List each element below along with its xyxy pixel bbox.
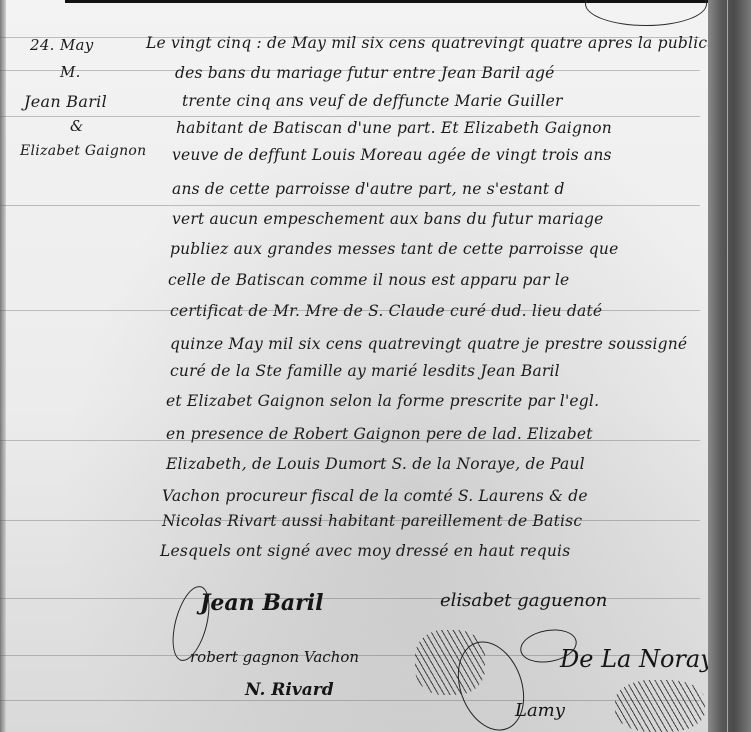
ruled-line <box>0 116 700 117</box>
ink-flourish <box>585 0 707 26</box>
body-line-16: Vachon procureur fiscal de la comté S. L… <box>162 487 588 505</box>
signature-de-la-noraye: De La Noraye <box>560 645 728 673</box>
ruled-line <box>0 205 700 206</box>
margin-marker: M. <box>60 63 81 81</box>
margin-bride: Elizabet Gaignon <box>20 143 146 159</box>
page-edge <box>0 0 6 732</box>
body-line-6: ans de cette parroisse d'autre part, ne … <box>172 180 565 198</box>
body-line-1: Le vingt cinq : de May mil six cens quat… <box>146 34 717 52</box>
body-line-14: en presence de Robert Gaignon pere de la… <box>166 425 593 443</box>
body-line-12: curé de la Ste famille ay marié lesdits … <box>170 362 560 380</box>
signature-n-rivard: N. Rivard <box>245 680 334 700</box>
body-line-2: des bans du mariage futur entre Jean Bar… <box>175 64 555 82</box>
body-line-7: vert aucun empeschement aux bans du futu… <box>172 210 604 228</box>
body-line-18: Lesquels ont signé avec moy dressé en ha… <box>160 542 570 560</box>
body-line-4: habitant de Batiscan d'une part. Et Eliz… <box>176 119 612 137</box>
ruled-line <box>0 700 700 701</box>
body-line-9: celle de Batiscan comme il nous est appa… <box>168 271 569 289</box>
signature-robert-gagnon-vachon: robert gagnon Vachon <box>190 648 359 666</box>
body-line-10: certificat de Mr. Mre de S. Claude curé … <box>170 302 602 320</box>
body-line-11: quinze May mil six cens quatrevingt quat… <box>170 335 687 353</box>
margin-groom: Jean Baril <box>24 92 107 111</box>
register-page: 24. May M. Jean Baril & Elizabet Gaignon… <box>0 0 751 732</box>
signature-elisabet-gaguenon: elisabet gaguenon <box>440 590 607 611</box>
body-line-13: et Elizabet Gaignon selon la forme presc… <box>166 392 599 410</box>
paraph-hatching <box>615 680 705 732</box>
margin-and: & <box>70 117 84 135</box>
signature-jean-baril: Jean Baril <box>200 590 323 616</box>
body-line-3: trente cinq ans veuf de deffuncte Marie … <box>182 92 563 110</box>
body-line-5: veuve de deffunt Louis Moreau agée de vi… <box>172 146 612 164</box>
book-binding-gutter <box>708 0 751 732</box>
body-line-15: Elizabeth, de Louis Dumort S. de la Nora… <box>166 455 585 473</box>
body-line-8: publiez aux grandes messes tant de cette… <box>170 240 618 258</box>
body-line-17: Nicolas Rivart aussi habitant pareilleme… <box>162 512 582 530</box>
margin-date: 24. May <box>30 36 94 54</box>
